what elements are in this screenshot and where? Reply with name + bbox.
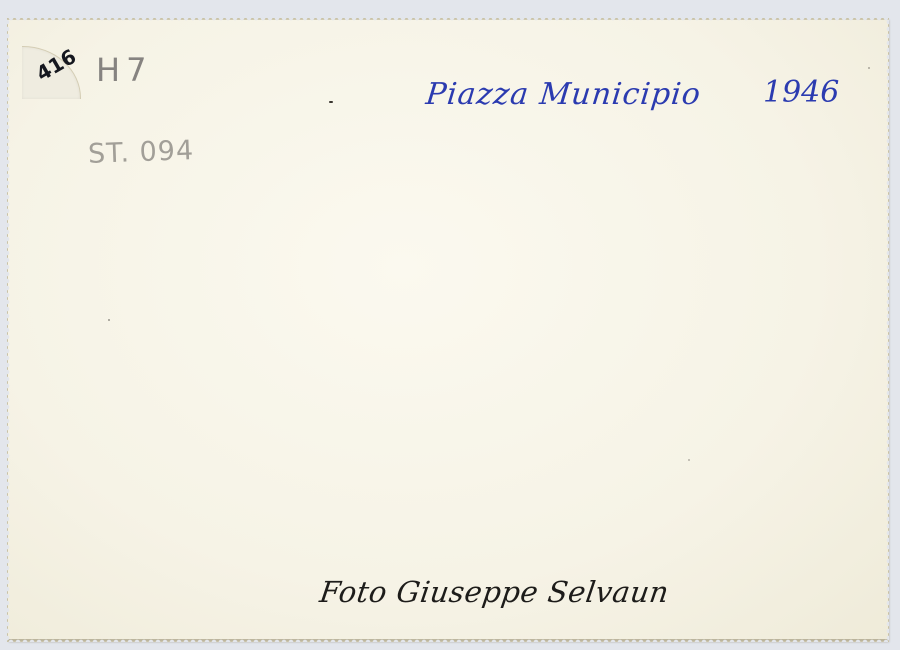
pencil-code-secondary: ST. 094: [87, 135, 194, 170]
deckled-edge-right: [885, 19, 889, 641]
photographer-signature: Foto Giuseppe Selvaun: [318, 575, 672, 609]
photograph-back: 416 H7 ST. 094 Piazza Municipio 1946 Fot…: [8, 19, 888, 641]
paper-edge-top: [8, 19, 888, 20]
paper-speck: [108, 319, 110, 321]
handwritten-place: Piazza Municipio: [424, 77, 703, 112]
paper-speck: [868, 67, 870, 69]
archive-number-sticker: 416: [22, 46, 81, 99]
paper-speck: [329, 101, 333, 103]
paper-edge-bottom: [8, 639, 888, 641]
archive-number: 416: [32, 44, 80, 86]
pencil-code-primary: H7: [96, 51, 152, 89]
paper-speck: [688, 459, 690, 461]
deckled-edge-left: [7, 19, 11, 641]
handwritten-year: 1946: [763, 75, 839, 110]
